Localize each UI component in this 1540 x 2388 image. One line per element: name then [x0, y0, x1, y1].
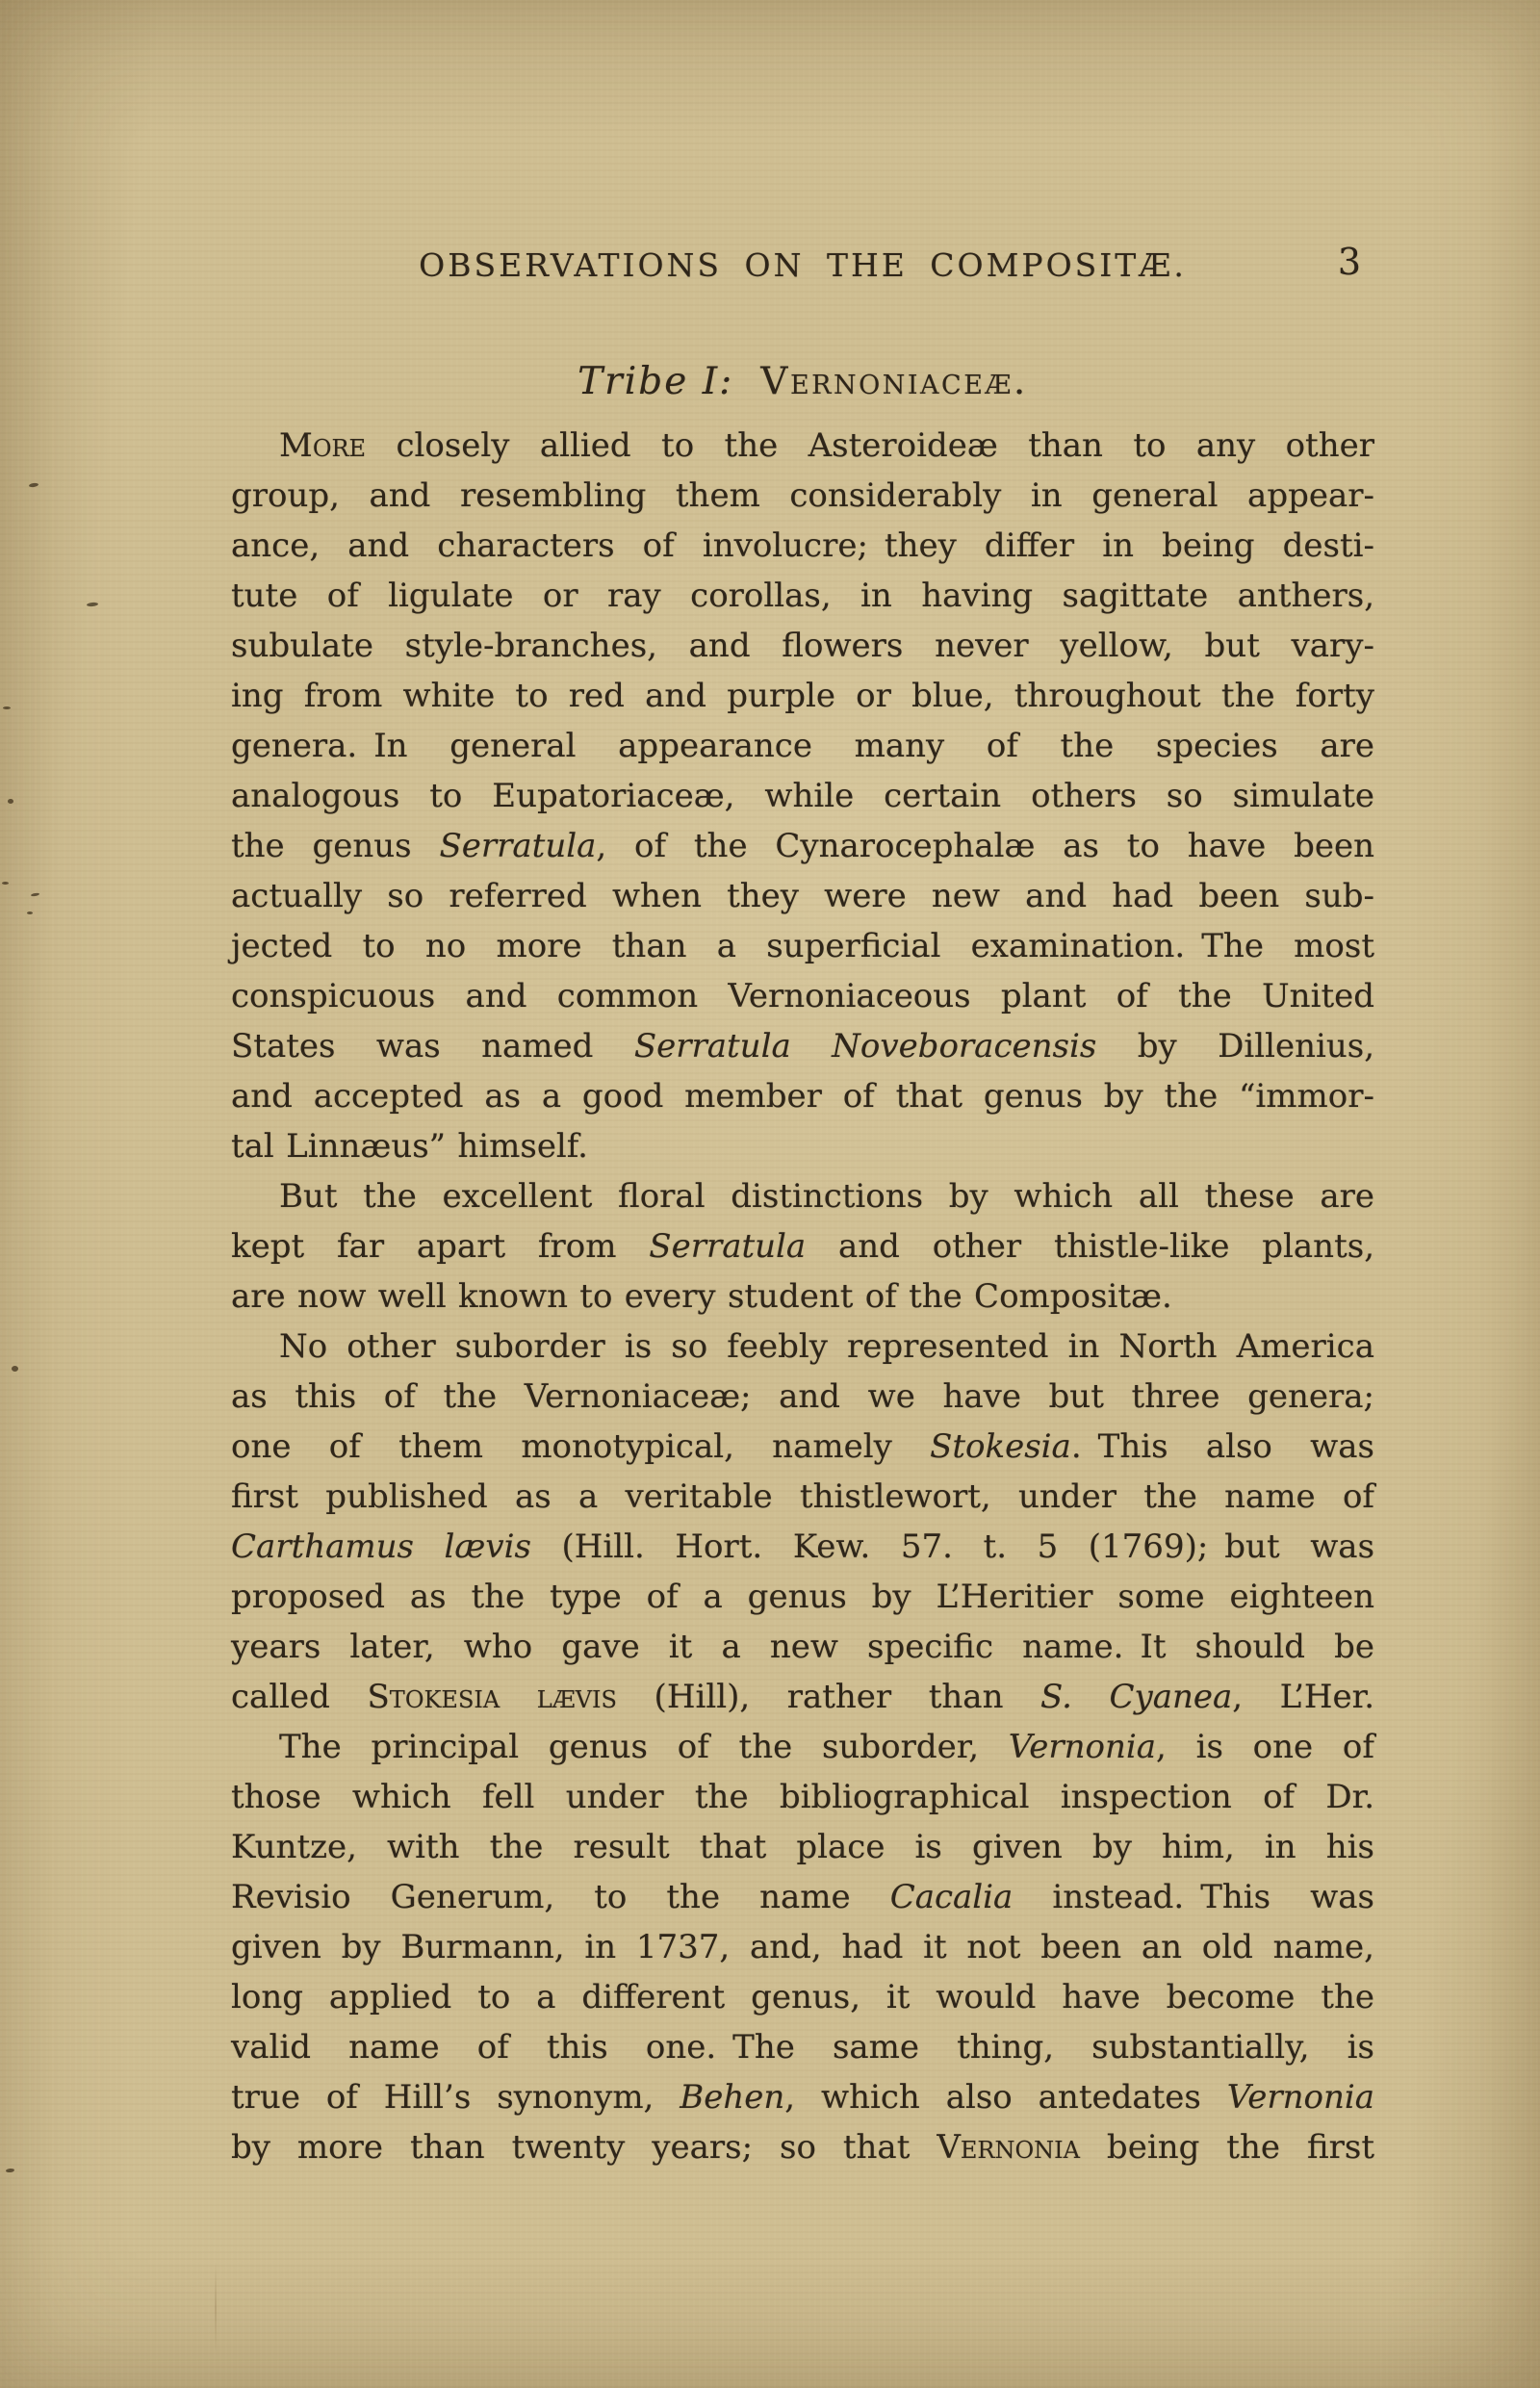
text-line: Carthamus lævis (Hill. Hort. Kew. 57. t.… — [231, 1522, 1374, 1572]
italic-text: Carthamus lævis — [231, 1528, 531, 1566]
text-run: genera. In general appearance many of th… — [231, 727, 1374, 765]
text-run: subulate style-branches, and flowers nev… — [231, 627, 1374, 665]
text-run: jected to no more than a superficial exa… — [231, 927, 1374, 965]
text-line: The principal genus of the suborder, Ver… — [231, 1722, 1374, 1772]
text-line: first published as a veritable thistlewo… — [231, 1472, 1374, 1522]
italic-text: S. Cyanea — [1040, 1678, 1232, 1716]
italic-text: Serratula — [439, 827, 596, 865]
text-run: proposed as the type of a genus by L’Her… — [231, 1578, 1374, 1616]
paper-speck — [27, 912, 33, 914]
text-line: genera. In general appearance many of th… — [231, 721, 1374, 771]
paragraph-1: More closely allied to the Asteroideæ th… — [231, 421, 1374, 1171]
text-run: those which fell under the bibliographic… — [231, 1778, 1374, 1816]
text-line: one of them monotypical, namely Stokesia… — [231, 1422, 1374, 1472]
text-run: , of the Cynarocephalæ as to have been — [596, 827, 1374, 865]
paper-speck — [8, 799, 13, 804]
text-run: as this of the Vernoniaceæ; and we have … — [231, 1377, 1374, 1416]
text-line: given by Burmann, in 1737, and, had it n… — [231, 1922, 1374, 1972]
text-run: States was named — [231, 1027, 634, 1066]
text-run: and other thistle-like plants, — [806, 1227, 1374, 1266]
text-line: No other suborder is so feebly represent… — [231, 1322, 1374, 1372]
paper-speck — [87, 602, 98, 606]
text-run: . This also was — [1071, 1427, 1374, 1466]
text-run: analogous to Eupatoriaceæ, while certain… — [231, 777, 1374, 815]
text-line: the genus Serratula, of the Cynarocephal… — [231, 821, 1374, 871]
text-run: valid name of this one. The same thing, … — [231, 2028, 1374, 2067]
text-run: conspicuous and common Vernoniaceous pla… — [231, 977, 1374, 1015]
paper-speck — [6, 2169, 14, 2173]
tribe-name: Vernoniaceæ. — [760, 360, 1028, 403]
text-run: long applied to a different genus, it wo… — [231, 1978, 1374, 2016]
text-run: the genus — [231, 827, 439, 865]
text-line: those which fell under the bibliographic… — [231, 1772, 1374, 1822]
text-line: ing from white to red and purple or blue… — [231, 671, 1374, 721]
running-header: OBSERVATIONS ON THE COMPOSITÆ. 3 — [231, 246, 1374, 285]
text-line: true of Hill’s synonym, Behen, which als… — [231, 2072, 1374, 2122]
text-run: called — [231, 1678, 368, 1716]
text-line: Kuntze, with the result that place is gi… — [231, 1822, 1374, 1872]
text-run: tal Linnæus” himself. — [231, 1127, 588, 1166]
text-run: given by Burmann, in 1737, and, had it n… — [231, 1928, 1374, 1966]
text-run: No other suborder is so feebly represent… — [279, 1327, 1374, 1366]
text-line: Revisio Generum, to the name Cacalia ins… — [231, 1872, 1374, 1922]
text-run: ance, and characters of involucre; they … — [231, 526, 1374, 565]
text-run: Kuntze, with the result that place is gi… — [231, 1828, 1374, 1866]
text-line: as this of the Vernoniaceæ; and we have … — [231, 1372, 1374, 1422]
paper-speck — [31, 892, 39, 897]
text-line: ance, and characters of involucre; they … — [231, 521, 1374, 571]
text-line: conspicuous and common Vernoniaceous pla… — [231, 971, 1374, 1021]
text-run: The principal genus of the suborder, — [279, 1728, 1009, 1766]
text-run: first published as a veritable thistlewo… — [231, 1477, 1374, 1516]
text-line: long applied to a different genus, it wo… — [231, 1972, 1374, 2022]
text-run: But the excellent floral distinctions by… — [279, 1177, 1374, 1216]
text-run: kept far apart from — [231, 1227, 649, 1266]
text-block: OBSERVATIONS ON THE COMPOSITÆ. 3 Tribe I… — [231, 0, 1374, 2388]
text-line: years later, who gave it a new specific … — [231, 1622, 1374, 1672]
text-run: (Hill. Hort. Kew. 57. t. 5 (1769); but w… — [531, 1528, 1374, 1566]
text-run: (Hill), rather than — [617, 1678, 1040, 1716]
page-number: 3 — [1338, 243, 1361, 281]
text-run: Revisio Generum, to the name — [231, 1878, 890, 1916]
text-line: valid name of this one. The same thing, … — [231, 2022, 1374, 2072]
text-line: subulate style-branches, and flowers nev… — [231, 621, 1374, 671]
text-run: , L’Her. — [1232, 1678, 1374, 1716]
text-line: kept far apart from Serratula and other … — [231, 1221, 1374, 1271]
text-line: group, and resembling them considerably … — [231, 471, 1374, 521]
text-run: , is one of — [1156, 1728, 1374, 1766]
paper-speck — [3, 706, 11, 709]
text-run: are now well known to every student of t… — [231, 1277, 1172, 1316]
text-line: analogous to Eupatoriaceæ, while certain… — [231, 771, 1374, 821]
tribe-label: Tribe I: — [577, 360, 733, 403]
text-run: actually so referred when they were new … — [231, 877, 1374, 915]
text-line: tute of ligulate or ray corollas, in hav… — [231, 571, 1374, 621]
text-run: , which also antedates — [784, 2078, 1226, 2117]
text-run: years later, who gave it a new specific … — [231, 1628, 1374, 1666]
italic-text: Behen — [680, 2078, 784, 2117]
text-run: closely allied to the Asteroideæ than to… — [366, 426, 1374, 465]
text-line: actually so referred when they were new … — [231, 871, 1374, 921]
page-body: More closely allied to the Asteroideæ th… — [231, 421, 1374, 2172]
italic-text: Stokesia — [930, 1427, 1071, 1466]
italic-text: Serratula Noveboracensis — [634, 1027, 1096, 1066]
paper-crease — [215, 2262, 217, 2353]
text-line: States was named Serratula Noveboracensi… — [231, 1021, 1374, 1071]
text-line: More closely allied to the Asteroideæ th… — [231, 421, 1374, 471]
text-run: one of them monotypical, namely — [231, 1427, 930, 1466]
text-line: are now well known to every student of t… — [231, 1271, 1374, 1322]
paper-speck — [12, 1366, 18, 1372]
text-run: ing from white to red and purple or blue… — [231, 677, 1374, 715]
text-line: and accepted as a good member of that ge… — [231, 1071, 1374, 1121]
section-heading: Tribe I:Vernoniaceæ. — [231, 360, 1374, 404]
text-run: and accepted as a good member of that ge… — [231, 1077, 1374, 1116]
text-line: called Stokesia lævis (Hill), rather tha… — [231, 1672, 1374, 1722]
paragraph-4: The principal genus of the suborder, Ver… — [231, 1722, 1374, 2172]
italic-text: Cacalia — [890, 1878, 1014, 1916]
text-line: tal Linnæus” himself. — [231, 1121, 1374, 1171]
smallcaps-text: Stokesia lævis — [368, 1678, 617, 1716]
text-run: instead. This was — [1013, 1878, 1374, 1916]
text-line: But the excellent floral distinctions by… — [231, 1171, 1374, 1221]
italic-text: Vernonia — [1009, 1728, 1156, 1766]
text-line: proposed as the type of a genus by L’Her… — [231, 1572, 1374, 1622]
paper-speck — [29, 482, 38, 487]
text-line: by more than twenty years; so that Verno… — [231, 2122, 1374, 2172]
text-run: true of Hill’s synonym, — [231, 2078, 680, 2117]
text-run: by more than twenty years; so that — [231, 2128, 937, 2167]
text-line: jected to no more than a superficial exa… — [231, 921, 1374, 971]
text-run: by Dillenius, — [1096, 1027, 1374, 1066]
italic-text: Vernonia — [1227, 2078, 1374, 2117]
smallcaps-text: Vernonia — [937, 2128, 1080, 2167]
text-run: being the first — [1080, 2128, 1374, 2167]
italic-text: Serratula — [649, 1227, 806, 1266]
running-header-title: OBSERVATIONS ON THE COMPOSITÆ. — [419, 246, 1187, 284]
book-page: OBSERVATIONS ON THE COMPOSITÆ. 3 Tribe I… — [0, 0, 1540, 2388]
paper-speck — [2, 882, 9, 885]
paragraph-2: But the excellent floral distinctions by… — [231, 1171, 1374, 1322]
text-run: group, and resembling them considerably … — [231, 476, 1374, 515]
paragraph-3: No other suborder is so feebly represent… — [231, 1322, 1374, 1722]
smallcaps-text: More — [279, 426, 366, 465]
text-run: tute of ligulate or ray corollas, in hav… — [231, 577, 1374, 615]
